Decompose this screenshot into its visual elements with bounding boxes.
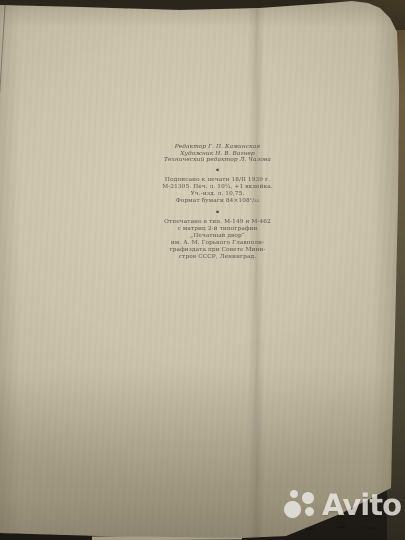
avito-logo-dot [290,490,298,498]
colophon-credits-block: Редактор Г. П. Каминская Художник Н. В. … [130,144,305,164]
colophon-line: стров СССР, Ленинград. [130,254,305,261]
separator-dot: ▪ [130,168,305,173]
colophon-line: Технический редактор Л. Чалова [130,157,305,164]
table-scuff [366,527,375,530]
colophon-line: Формат бумаги 84×108¹/₃₂ [130,198,305,205]
colophon-print-info-block: Подписано к печати 18/II 1939 г. М-21305… [130,177,305,205]
book-page: Редактор Г. П. Каминская Художник Н. В. … [0,0,405,540]
avito-logo-dot [305,507,314,516]
table-scuff [305,527,315,530]
avito-logo-icon [284,487,318,523]
avito-watermark: Avito [284,487,401,523]
separator-dot: ▪ [130,210,305,215]
colophon-printer-block: Отпечатано в тип. М-149 и М-462 с матриц… [130,219,305,262]
avito-logo-dot [284,501,301,518]
colophon-line: „Печатный двор“ [130,233,305,240]
listing-photo: Редактор Г. П. Каминская Художник Н. В. … [0,0,405,540]
page-fold-line [0,0,6,93]
colophon-line: М-21305. Печ. л. 10¼, +1 вклейка. [130,184,305,191]
avito-wordmark: Avito [322,487,401,523]
avito-logo-dot [302,492,314,504]
colophon-line: графиздата при Совете Мини- [130,247,305,254]
table-scuff [338,526,346,529]
page-crease [248,0,264,540]
